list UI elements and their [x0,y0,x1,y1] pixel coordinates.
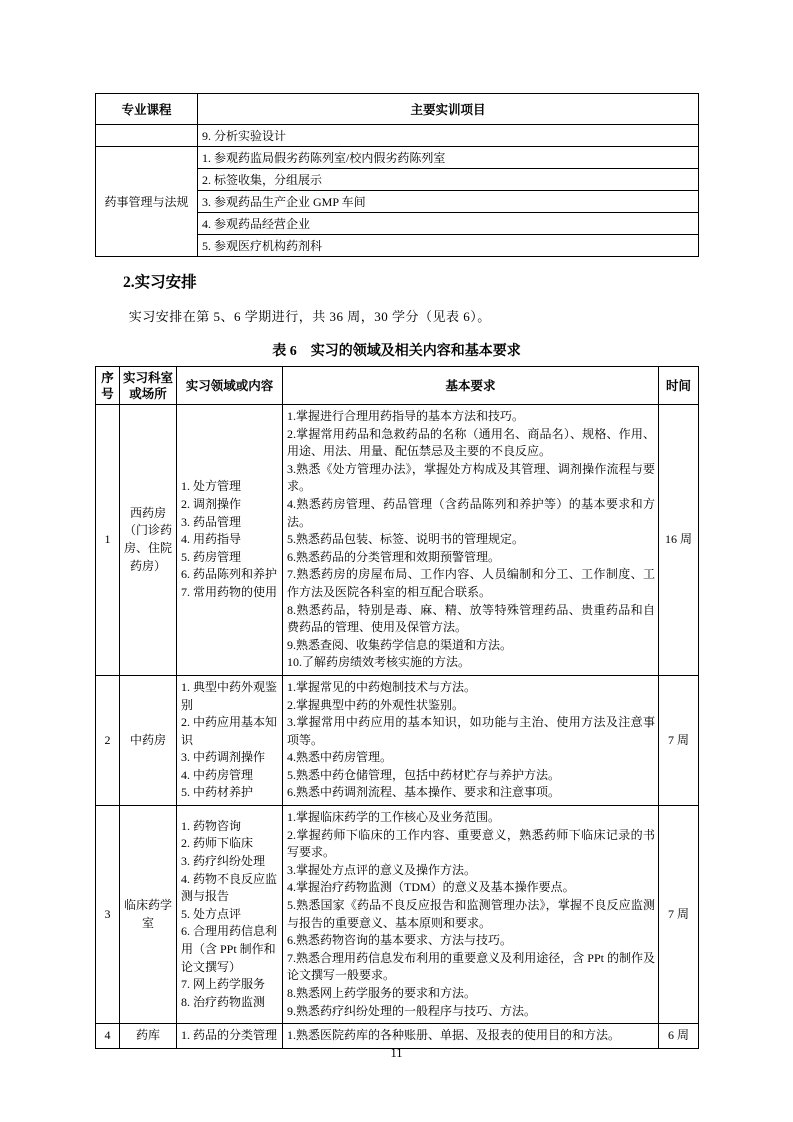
area-item: 3. 药疗纠纷处理 [181,853,280,871]
time-cell: 6 周 [659,1024,699,1049]
requirements-cell: 1.掌握进行合理用药指导的基本方法和技巧。 2.掌握常用药品和急救药品的名称（通… [283,405,659,676]
areas-cell: 1. 处方管理 2. 调剂操作 3. 药品管理 4. 用药指导 5. 药房管理 … [177,405,283,676]
requirement-item: 6.熟悉药品的分类管理和效期预警管理。 [287,549,655,567]
requirement-item: 1.掌握常见的中药炮制技术与方法。 [287,679,655,697]
row-number: 3 [96,806,120,1024]
row-number: 2 [96,675,120,805]
row-number: 4 [96,1024,120,1049]
area-item: 2. 调剂操作 [181,496,280,514]
body-paragraph: 实习安排在第 5、6 学期进行，共 36 周，30 学分（见表 6）。 [95,306,698,325]
time-cell: 7 周 [659,806,699,1024]
project-item-cell: 4. 参观药品经营企业 [198,213,699,235]
requirement-item: 10.了解药房绩效考核实施的方法。 [287,654,655,672]
area-item: 6. 合理用药信息利用（含 PPt 制作和论文撰写） [181,923,280,976]
requirement-item: 5.熟悉药品包装、标签、说明书的管理规定。 [287,531,655,549]
row-number: 1 [96,405,120,676]
area-item: 4. 药物不良反应监测与报告 [181,871,280,906]
requirement-item: 4.掌握治疗药物监测（TDM）的意义及基本操作要点。 [287,879,655,897]
area-item: 1. 药物咨询 [181,818,280,836]
projects-column-header: 主要实训项目 [198,94,699,125]
area-item: 2. 药师下临床 [181,835,280,853]
dept-column-header: 实习科室或场所 [120,367,177,405]
section-heading: 2.实习安排 [123,270,698,292]
table6-title: 表 6 实习的领域及相关内容和基本要求 [95,340,698,360]
course-column-header: 专业课程 [96,94,198,125]
area-item: 3. 中药调剂操作 [181,749,280,767]
table-row: 药事管理与法规 1. 参观药监局假劣药陈列室/校内假劣药陈列室 [96,147,699,169]
empty-course-cell [96,125,198,147]
requirement-item: 6.熟悉药物咨询的基本要求、方法与技巧。 [287,932,655,950]
page-content: 专业课程 主要实训项目 9. 分析实验设计 药事管理与法规 1. 参观药监局假劣… [95,93,698,1049]
project-item-cell: 1. 参观药监局假劣药陈列室/校内假劣药陈列室 [198,147,699,169]
table-row: 4 药库 1. 药品的分类管理 1.熟悉医院药库的各种账册、单据、及报表的使用目… [96,1024,699,1049]
areas-cell: 1. 典型中药外观鉴别 2. 中药应用基本知识 3. 中药调剂操作 4. 中药房… [177,675,283,805]
requirement-item: 2.掌握典型中药的外观性状鉴别。 [287,697,655,715]
requirement-item: 9.熟悉查阅、收集药学信息的渠道和方法。 [287,637,655,655]
dept-cell: 药库 [120,1024,177,1049]
table-row: 2 中药房 1. 典型中药外观鉴别 2. 中药应用基本知识 3. 中药调剂操作 … [96,675,699,805]
requirement-item: 3.熟悉《处方管理办法》，掌握处方构成及其管理、调剂操作流程与要求。 [287,461,655,496]
requirement-item: 3.掌握常用中药应用的基本知识，如功能与主治、使用方法及注意事项等。 [287,714,655,749]
area-item: 2. 中药应用基本知识 [181,714,280,749]
table-row: 1 西药房（门诊药房、住院药房） 1. 处方管理 2. 调剂操作 3. 药品管理… [96,405,699,676]
page-number: 11 [0,1046,793,1061]
areas-cell: 1. 药物咨询 2. 药师下临床 3. 药疗纠纷处理 4. 药物不良反应监测与报… [177,806,283,1024]
area-item: 4. 中药房管理 [181,767,280,785]
areas-cell: 1. 药品的分类管理 [177,1024,283,1049]
table-header-row: 序号 实习科室或场所 实习领域或内容 基本要求 时间 [96,367,699,405]
area-item: 4. 用药指导 [181,531,280,549]
requirement-item: 7.熟悉合理用药信息发布利用的重要意义及利用途径，含 PPt 的制作及论文撰写一… [287,950,655,985]
project-item-cell: 2. 标签收集，分组展示 [198,169,699,191]
table-row: 3 临床药学室 1. 药物咨询 2. 药师下临床 3. 药疗纠纷处理 4. 药物… [96,806,699,1024]
requirement-item: 6.熟悉中药调剂流程、基本操作、要求和注意事项。 [287,784,655,802]
project-item-cell: 9. 分析实验设计 [198,125,699,147]
requirement-item: 8.熟悉药品，特别是毒、麻、精、放等特殊管理药品、贵重药品和自费药品的管理、使用… [287,602,655,637]
area-item: 5. 处方点评 [181,906,280,924]
requirement-item: 8.熟悉网上药学服务的要求和方法。 [287,985,655,1003]
requirements-cell: 1.掌握临床药学的工作核心及业务范围。 2.掌握药师下临床的工作内容、重要意义，… [283,806,659,1024]
requirement-item: 5.熟悉中药仓储管理，包括中药材贮存与养护方法。 [287,767,655,785]
requirement-item: 1.掌握进行合理用药指导的基本方法和技巧。 [287,408,655,426]
document-page: 专业课程 主要实训项目 9. 分析实验设计 药事管理与法规 1. 参观药监局假劣… [0,0,793,1122]
requirement-item: 7.熟悉药房的房屋布局、工作内容、人员编制和分工、工作制度、工作方法及医院各科室… [287,566,655,601]
no-column-header: 序号 [96,367,120,405]
time-cell: 16 周 [659,405,699,676]
area-item: 5. 药房管理 [181,549,280,567]
requirement-item: 1.掌握临床药学的工作核心及业务范围。 [287,809,655,827]
requirement-item: 4.熟悉中药房管理。 [287,749,655,767]
time-cell: 7 周 [659,675,699,805]
table-header-row: 专业课程 主要实训项目 [96,94,699,125]
dept-cell: 中药房 [120,675,177,805]
time-column-header: 时间 [659,367,699,405]
internship-table: 序号 实习科室或场所 实习领域或内容 基本要求 时间 1 西药房（门诊药房、住院… [95,366,699,1049]
area-item: 1. 药品的分类管理 [181,1027,280,1045]
area-item: 7. 网上药学服务 [181,976,280,994]
req-column-header: 基本要求 [283,367,659,405]
training-projects-table: 专业课程 主要实训项目 9. 分析实验设计 药事管理与法规 1. 参观药监局假劣… [95,93,699,257]
requirement-item: 1.熟悉医院药库的各种账册、单据、及报表的使用目的和方法。 [287,1027,655,1045]
area-item: 3. 药品管理 [181,514,280,532]
requirements-cell: 1.熟悉医院药库的各种账册、单据、及报表的使用目的和方法。 [283,1024,659,1049]
requirement-item: 3.掌握处方点评的意义及操作方法。 [287,862,655,880]
area-item: 8. 治疗药物监测 [181,994,280,1012]
dept-cell: 西药房（门诊药房、住院药房） [120,405,177,676]
requirement-item: 5.熟悉国家《药品不良反应报告和监测管理办法》，掌握不良反应监测与报告的重要意义… [287,897,655,932]
area-item: 6. 药品陈列和养护 [181,566,280,584]
area-item: 1. 典型中药外观鉴别 [181,679,280,714]
requirement-item: 2.掌握常用药品和急救药品的名称（通用名、商品名）、规格、作用、用途、用法、用量… [287,426,655,461]
requirement-item: 4.熟悉药房管理、药品管理（含药品陈列和养护等）的基本要求和方法。 [287,496,655,531]
area-column-header: 实习领域或内容 [177,367,283,405]
area-item: 5. 中药材养护 [181,784,280,802]
area-item: 1. 处方管理 [181,478,280,496]
project-item-cell: 3. 参观药品生产企业 GMP 车间 [198,191,699,213]
course-cell: 药事管理与法规 [96,147,198,257]
requirement-item: 9.熟悉药疗纠纷处理的一般程序与技巧、方法。 [287,1003,655,1021]
dept-cell: 临床药学室 [120,806,177,1024]
table-row: 9. 分析实验设计 [96,125,699,147]
area-item: 7. 常用药物的使用 [181,584,280,602]
project-item-cell: 5. 参观医疗机构药剂科 [198,235,699,257]
requirements-cell: 1.掌握常见的中药炮制技术与方法。 2.掌握典型中药的外观性状鉴别。 3.掌握常… [283,675,659,805]
requirement-item: 2.掌握药师下临床的工作内容、重要意义，熟悉药师下临床记录的书写要求。 [287,827,655,862]
